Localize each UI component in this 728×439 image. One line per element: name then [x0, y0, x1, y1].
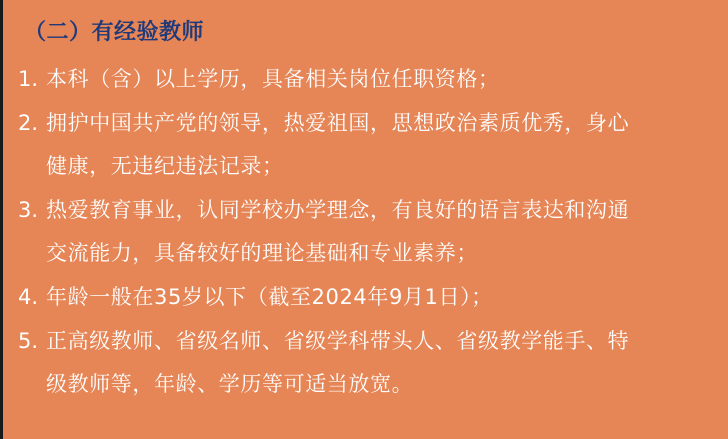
item-text: 热爱教育事业，认同学校办学理念，有良好的语言表达和沟通 交流能力，具备较好的理论…: [46, 189, 718, 276]
item-number: 4.: [18, 276, 46, 320]
item-text-line: 拥护中国共产党的领导，热爱祖国，思想政治素质优秀，身心: [46, 102, 718, 146]
item-number: 3.: [18, 189, 46, 276]
item-text-line: 正高级教师、省级名师、省级学科带头人、省级教学能手、特: [46, 320, 718, 364]
requirements-list: 1. 本科（含）以上学历，具备相关岗位任职资格； 2. 拥护中国共产党的领导，热…: [18, 58, 718, 407]
item-number: 5.: [18, 320, 46, 407]
list-item: 2. 拥护中国共产党的领导，热爱祖国，思想政治素质优秀，身心 健康，无违纪违法记…: [18, 102, 718, 189]
list-item: 4. 年龄一般在35岁以下（截至2024年9月1日）；: [18, 276, 718, 320]
item-text-line: 热爱教育事业，认同学校办学理念，有良好的语言表达和沟通: [46, 189, 718, 233]
item-text-line: 健康，无违纪违法记录；: [46, 145, 718, 189]
item-text: 拥护中国共产党的领导，热爱祖国，思想政治素质优秀，身心 健康，无违纪违法记录；: [46, 102, 718, 189]
list-item: 5. 正高级教师、省级名师、省级学科带头人、省级教学能手、特 级教师等，年龄、学…: [18, 320, 718, 407]
item-text-line: 年龄一般在35岁以下（截至2024年9月1日）；: [46, 276, 718, 320]
section-title: （二）有经验教师: [24, 16, 204, 50]
item-text: 本科（含）以上学历，具备相关岗位任职资格；: [46, 58, 718, 102]
item-text-line: 级教师等，年龄、学历等可适当放宽。: [46, 363, 718, 407]
item-number: 2.: [18, 102, 46, 189]
slide: （二）有经验教师 1. 本科（含）以上学历，具备相关岗位任职资格； 2. 拥护中…: [0, 0, 728, 439]
item-number: 1.: [18, 58, 46, 102]
item-text: 正高级教师、省级名师、省级学科带头人、省级教学能手、特 级教师等，年龄、学历等可…: [46, 320, 718, 407]
item-text: 年龄一般在35岁以下（截至2024年9月1日）；: [46, 276, 718, 320]
item-text-line: 交流能力，具备较好的理论基础和专业素养；: [46, 232, 718, 276]
list-item: 3. 热爱教育事业，认同学校办学理念，有良好的语言表达和沟通 交流能力，具备较好…: [18, 189, 718, 276]
list-item: 1. 本科（含）以上学历，具备相关岗位任职资格；: [18, 58, 718, 102]
item-text-line: 本科（含）以上学历，具备相关岗位任职资格；: [46, 58, 718, 102]
